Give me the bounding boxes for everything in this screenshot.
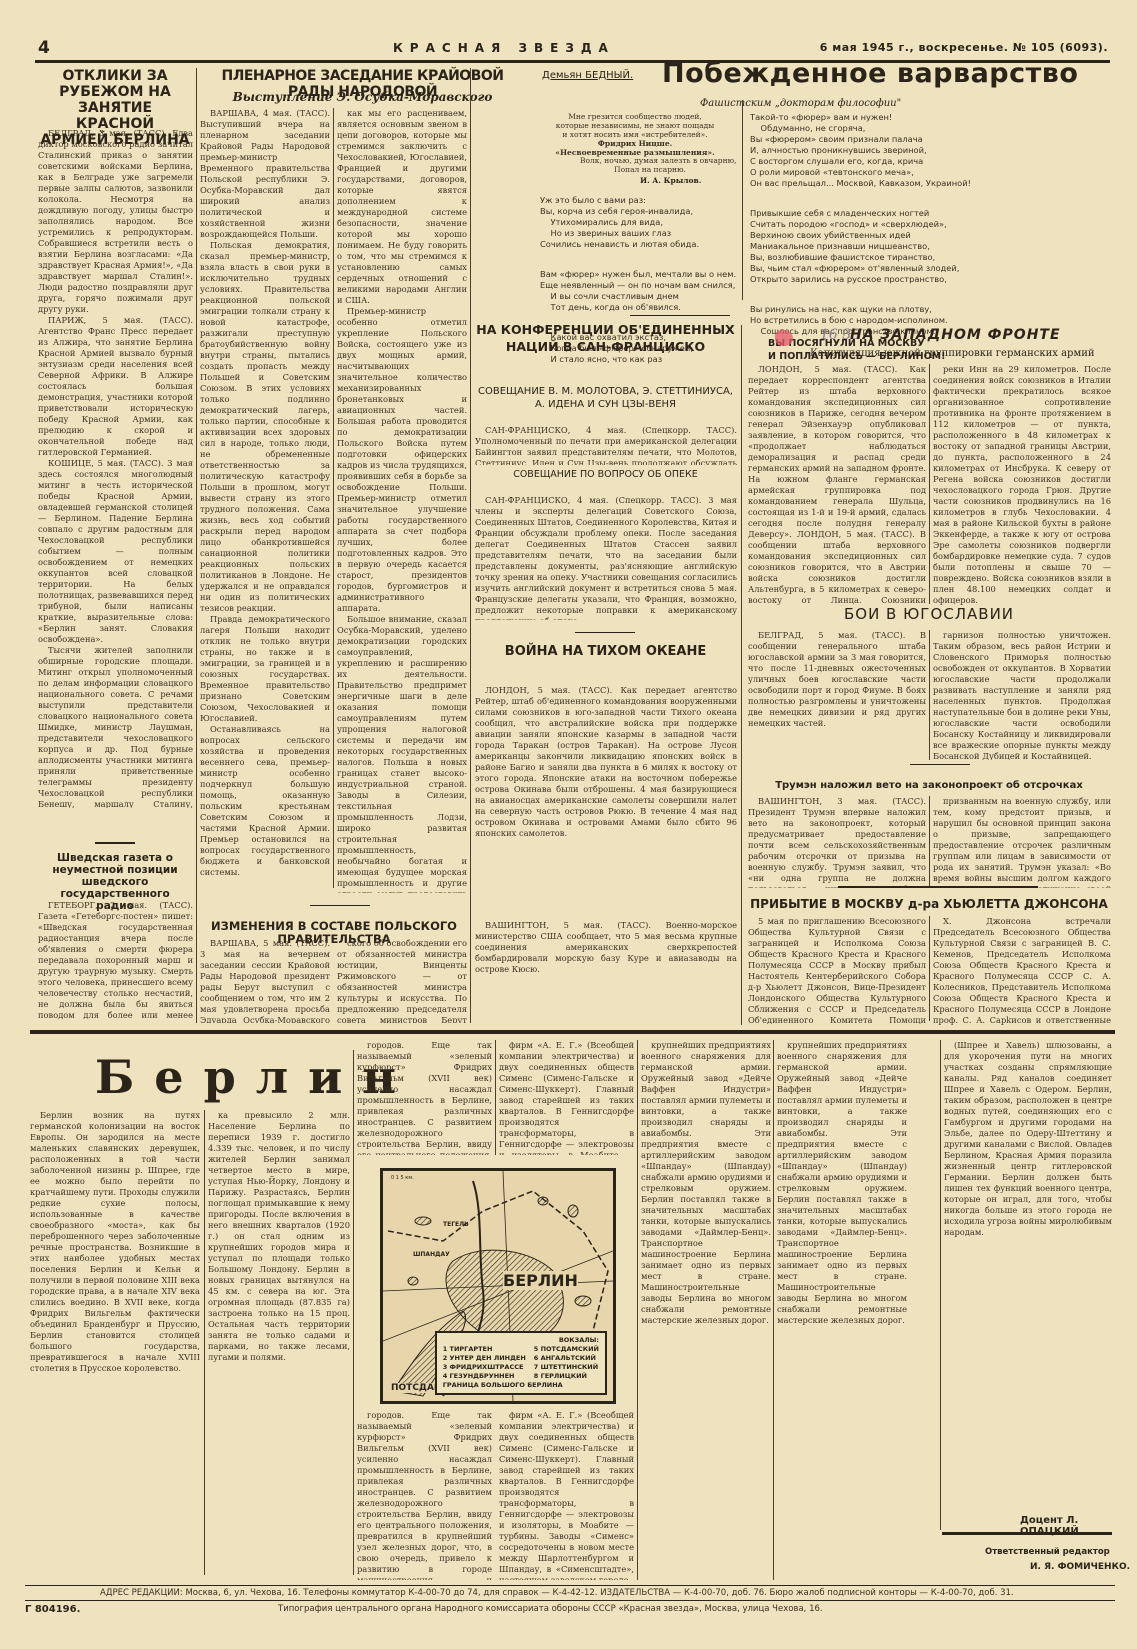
footer-code: Г 804196. xyxy=(25,1604,80,1615)
poem-epigraph-1: Мне грезится сообщество людей, которые н… xyxy=(555,112,715,157)
truman-title: Трумэн наложил вето на законопроект об о… xyxy=(748,780,1110,792)
editor-label: Ответственный редактор xyxy=(985,1547,1110,1557)
column-rule xyxy=(495,1040,496,1155)
column-rule xyxy=(470,68,471,1023)
zapadnyi-col2: реки Инн на 29 километров. После соедине… xyxy=(933,364,1111,606)
shvedskaya-body: ГЕТЕБОРГ, 2 мая. (ТАСС). Газета «Гетебор… xyxy=(38,900,193,1020)
footer-address: АДРЕС РЕДАКЦИИ: Москва, 6, ул. Чехова, 1… xyxy=(100,1588,1110,1598)
konferenciya-title: НА КОНФЕРЕНЦИИ ОБ'ЕДИНЕННЫХ НАЦИЙ В САН-… xyxy=(473,322,738,356)
column-rule xyxy=(940,1040,941,1530)
divider xyxy=(910,764,970,765)
poem-epigraph-2-source: И. А. Крылов. xyxy=(640,176,701,185)
column-rule xyxy=(929,630,930,760)
section-rule xyxy=(30,1030,1115,1034)
zapadnyi-col1: ЛОНДОН, 5 мая. (ТАСС). Как передает корр… xyxy=(748,364,926,606)
otkliki-body: БЕЛГРАД, 3 мая. (ТАСС). Едва диктор моск… xyxy=(38,128,193,808)
map-scale: 0 1 5 км. xyxy=(391,1175,414,1181)
divider xyxy=(95,842,135,844)
poem-title: Побежденное варварство xyxy=(662,58,1078,89)
berlin-col5b: крупнейших предприятиях военного снаряже… xyxy=(777,1040,907,1580)
column-rule xyxy=(353,1050,354,1575)
footer-printer: Типография центрального органа Народного… xyxy=(278,1604,823,1614)
divider xyxy=(575,632,635,633)
map-legend: ВОКЗАЛЫ: 1 ТИРГАРТЕН2 УНТЕР ДЕН ЛИНДЕН3 … xyxy=(435,1331,607,1395)
column-rule xyxy=(773,1040,774,1580)
divider xyxy=(630,315,730,316)
plenarnoe-col1: ВАРШАВА, 4 мая. (ТАСС). Выступивший вчер… xyxy=(200,108,330,893)
poem-author: Демьян БЕДНЫЙ. xyxy=(542,70,633,81)
poem-epigraph-2: Волк, ночью, думая залезть в овчарню, По… xyxy=(580,156,720,174)
column-rule xyxy=(741,325,742,1025)
berlin-map: БЕРЛИН ТЕГЕЛЬ ШПАНДАУ ПОТСДАМ 0 1 5 км. … xyxy=(380,1168,616,1404)
opeka-body: САН-ФРАНЦИСКО, 4 мая. (Спецкорр. ТАСС). … xyxy=(475,495,737,620)
yugoslavia-col2: гарнизон полностью уничтожен. Таким обра… xyxy=(933,630,1111,760)
pribytie-title: ПРИБЫТИЕ В МОСКВУ д-ра ХЬЮЛЕТТА ДЖОНСОНА xyxy=(748,898,1110,912)
tihiy-title: ВОЙНА НА ТИХОМ ОКЕАНЕ xyxy=(473,643,738,661)
tihiy-body-2: ВАШИНГТОН, 5 мая. (ТАСС). Военно-морское… xyxy=(475,920,737,1020)
yugoslavia-col1: БЕЛГРАД, 5 мая. (ТАСС). В сообщении гене… xyxy=(748,630,926,760)
ink-stain xyxy=(775,330,793,346)
divider xyxy=(310,905,370,906)
berlin-col6: (Шпрее и Хавель) шлюзованы, а для укороч… xyxy=(944,1040,1112,1510)
column-rule xyxy=(196,68,197,1023)
berlin-col3b: городов. Еще так называемый «зеленый кур… xyxy=(357,1410,492,1580)
column-rule xyxy=(929,796,930,886)
column-rule xyxy=(333,108,334,888)
issue-date: 6 мая 1945 г., воскресенье. № 105 (6093)… xyxy=(820,41,1108,54)
berlin-col4b: фирм «А. Е. Г.» (Всеобщей компании элект… xyxy=(499,1410,634,1580)
izmeneniya-col1: ВАРШАВА, 5 мая. (ТАСС). 3 мая на вечерне… xyxy=(200,938,330,1023)
yugoslavia-title: БОИ В ЮГОСЛАВИИ xyxy=(748,606,1110,623)
poem-dedication: Фашистским „докторам философии" xyxy=(700,98,901,109)
zapadnyi-title: НА ЗАПАДНОМ ФРОНТЕ xyxy=(850,327,1061,343)
tihiy-body: ЛОНДОН, 5 мая. (ТАСС). Как передает аген… xyxy=(475,685,737,915)
masthead: 4 КРАСНАЯ ЗВЕЗДА 6 мая 1945 г., воскресе… xyxy=(38,38,1108,60)
divider xyxy=(942,1532,1112,1535)
berlin-col4: фирм «А. Е. Г.» (Всеобщей компании элект… xyxy=(499,1040,634,1155)
newspaper-name: КРАСНАЯ ЗВЕЗДА xyxy=(393,41,615,55)
footer-rule xyxy=(25,1600,1115,1601)
zapadnyi-subtitle: Капитуляция южной группировки германских… xyxy=(810,348,1095,359)
truman-col2: призванным на военную службу, или тем, к… xyxy=(933,796,1111,888)
pribytie-col2: Х. Джонсона встречали Председатель Всесо… xyxy=(933,916,1111,1026)
berlin-col2: ка превысило 2 млн. Население Берлина по… xyxy=(208,1110,350,1580)
column-rule xyxy=(929,916,930,1021)
footer-rule xyxy=(25,1585,1115,1586)
editor-name: И. Я. ФОМИЧЕНКО. xyxy=(1030,1562,1130,1572)
poem-stanzas-right: Такой-то «фюрер» вам и нужен! Обдуманно,… xyxy=(750,112,1110,363)
berlin-col3: городов. Еще так называемый «зеленый кур… xyxy=(357,1040,492,1155)
map-center-label: БЕРЛИН xyxy=(503,1271,578,1290)
plenarnoe-col2: как мы его расцениваем, является основны… xyxy=(337,108,467,893)
konferenciya-subtitle: СОВЕЩАНИЕ В. М. МОЛОТОВА, Э. СТЕТТИНИУСА… xyxy=(473,385,738,411)
column-rule xyxy=(637,1040,638,1580)
pribytie-col1: 5 мая по приглашению Всесоюзного Обществ… xyxy=(748,916,926,1026)
map-label-tegel: ТЕГЕЛЬ xyxy=(443,1221,469,1228)
plenarnoe-subtitle: Выступление Э. Осубка-Моравского xyxy=(200,91,525,105)
izmeneniya-col2: ского об освобождении его от обязанносте… xyxy=(337,938,467,1023)
page-number: 4 xyxy=(38,38,50,58)
column-rule xyxy=(204,1110,205,1575)
divider xyxy=(838,886,1038,888)
map-label-spandau: ШПАНДАУ xyxy=(413,1251,450,1258)
column-rule xyxy=(929,364,930,604)
opeka-title: СОВЕЩАНИЕ ПО ВОПРОСУ ОБ ОПЕКЕ xyxy=(473,470,738,481)
berlin-col5: крупнейших предприятиях военного снаряже… xyxy=(641,1040,771,1580)
truman-col1: ВАШИНГТОН, 3 мая. (ТАСС). Президент Трум… xyxy=(748,796,926,888)
konferenciya-body: САН-ФРАНЦИСКО, 4 мая. (Спецкорр. ТАСС). … xyxy=(475,425,737,465)
column-rule xyxy=(742,100,743,300)
berlin-col1: Берлин возник на путях германской колони… xyxy=(30,1110,200,1580)
